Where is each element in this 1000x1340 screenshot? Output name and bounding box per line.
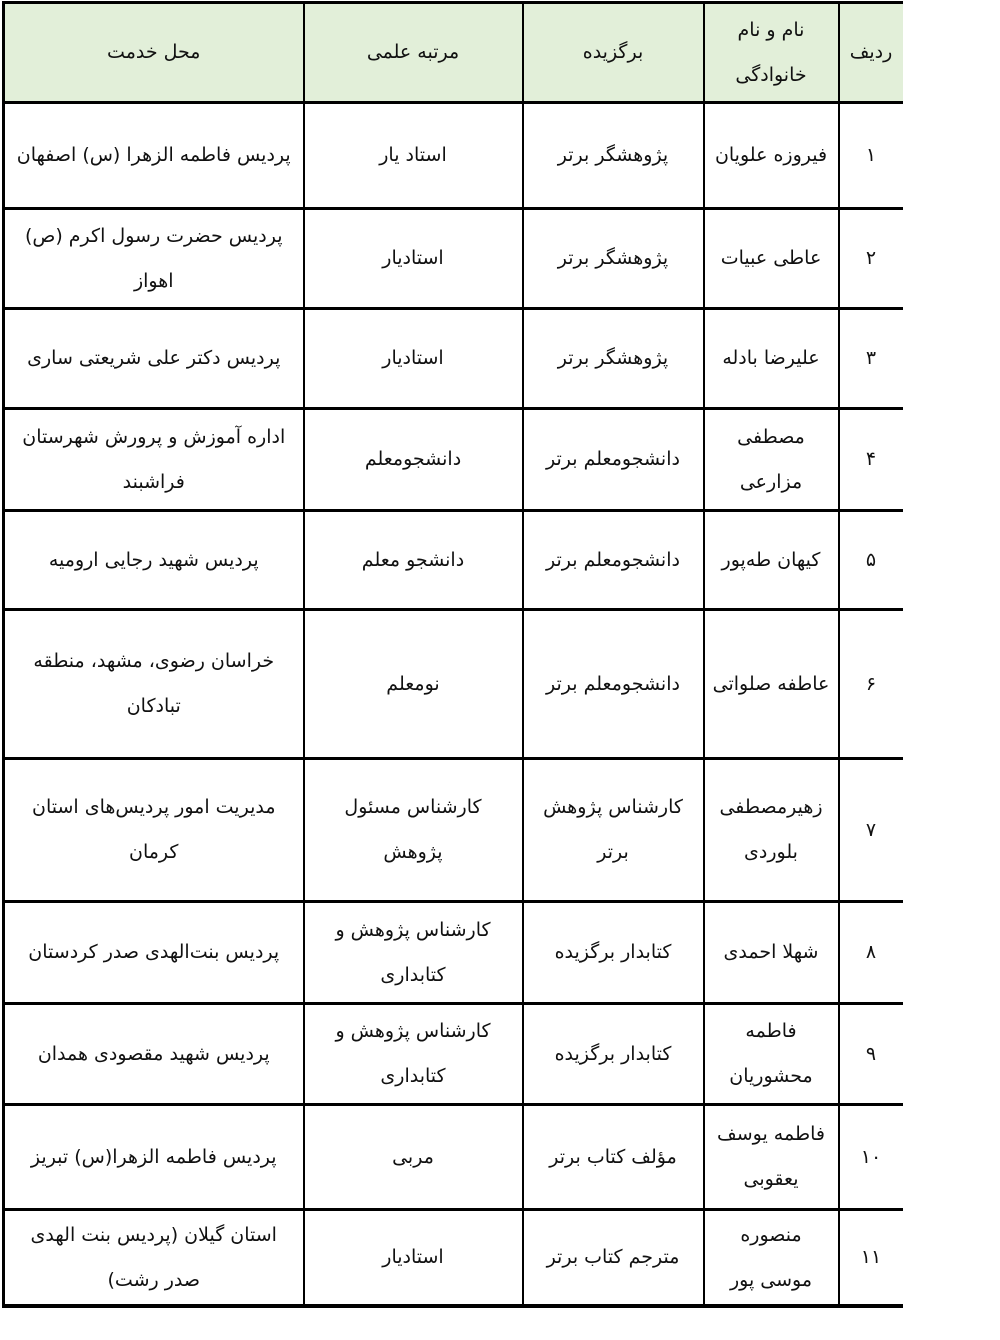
cell-name: مصطفی مزارعی [704,409,839,511]
cell-name: عاطی عبیات [704,209,839,309]
cell-workplace: پردیس حضرت رسول اکرم (ص) اهواز [4,209,304,309]
cell-radif: ۸ [839,902,903,1004]
table-row: ۷ زهیرمصطفی بلوردی کارشناس پژوهش برتر کا… [4,759,903,902]
table-row: ۶ عاطفه صلواتی دانشجومعلم برتر نومعلم خر… [4,610,903,759]
cell-selected: پژوهشگر برتر [523,103,704,209]
cell-radif: ۶ [839,610,903,759]
cell-selected: کتابدار برگزیده [523,902,704,1004]
cell-name: فاطمه یوسف یعقوبی [704,1105,839,1210]
cell-radif: ۴ [839,409,903,511]
cell-radif: ۳ [839,309,903,409]
cell-name: فاطمه محشوریان [704,1004,839,1105]
cell-name: فیروزه علویان [704,103,839,209]
cell-selected: کارشناس پژوهش برتر [523,759,704,902]
cell-selected: دانشجومعلم برتر [523,610,704,759]
cell-rank: استاد یار [304,103,523,209]
cell-workplace: پردیس دکتر علی شریعتی ساری [4,309,304,409]
table-row: ۳ علیرضا بادله پژوهشگر برتر استادیار پرد… [4,309,903,409]
table-row: ۱۰ فاطمه یوسف یعقوبی مؤلف کتاب برتر مربی… [4,1105,903,1210]
cell-name: زهیرمصطفی بلوردی [704,759,839,902]
cell-workplace: پردیس فاطمه الزهرا (س) اصفهان [4,103,304,209]
cell-name: شهلا احمدی [704,902,839,1004]
header-radif: ردیف [839,3,903,103]
cell-selected: پژوهشگر برتر [523,309,704,409]
cell-workplace: پردیس فاطمه الزهرا(س) تبریز [4,1105,304,1210]
cell-selected: مترجم کتاب برتر [523,1210,704,1307]
cell-workplace: استان گیلان (پردیس بنت الهدی صدر رشت) [4,1210,304,1307]
cell-radif: ۵ [839,511,903,610]
document-page: ردیف نام و نام خانوادگی برگزیده مرتبه عل… [0,0,1000,1340]
cell-radif: ۹ [839,1004,903,1105]
cell-rank: مربی [304,1105,523,1210]
cell-radif: ۱۱ [839,1210,903,1307]
cell-selected: دانشجومعلم برتر [523,511,704,610]
cell-radif: ۷ [839,759,903,902]
table-row: ۱ فیروزه علویان پژوهشگر برتر استاد یار پ… [4,103,903,209]
cell-rank: استادیار [304,1210,523,1307]
header-row: ردیف نام و نام خانوادگی برگزیده مرتبه عل… [4,3,903,103]
cell-workplace: پردیس شهید رجایی ارومیه [4,511,304,610]
cell-rank: نومعلم [304,610,523,759]
table-row: ۵ کیهان طه‌پور دانشجومعلم برتر دانشجو مع… [4,511,903,610]
header-workplace: محل خدمت [4,3,304,103]
header-selected: برگزیده [523,3,704,103]
awards-table: ردیف نام و نام خانوادگی برگزیده مرتبه عل… [2,1,903,1308]
cell-selected: مؤلف کتاب برتر [523,1105,704,1210]
cell-selected: کتابدار برگزیده [523,1004,704,1105]
table-row: ۹ فاطمه محشوریان کتابدار برگزیده کارشناس… [4,1004,903,1105]
cell-workplace: اداره آموزش و پرورش شهرستان فراشبند [4,409,304,511]
cell-rank: دانشجو معلم [304,511,523,610]
table-row: ۸ شهلا احمدی کتابدار برگزیده کارشناس پژو… [4,902,903,1004]
cell-workplace: پردیس شهید مقصودی همدان [4,1004,304,1105]
header-name: نام و نام خانوادگی [704,3,839,103]
cell-selected: دانشجومعلم برتر [523,409,704,511]
header-rank: مرتبه علمی [304,3,523,103]
cell-name: منصوره موسی پور [704,1210,839,1307]
cell-radif: ۱۰ [839,1105,903,1210]
cell-rank: دانشجومعلم [304,409,523,511]
cell-name: عاطفه صلواتی [704,610,839,759]
table-row: ۱۱ منصوره موسی پور مترجم کتاب برتر استاد… [4,1210,903,1307]
cell-rank: استادیار [304,309,523,409]
cell-rank: کارشناس مسئول پژوهش [304,759,523,902]
cell-workplace: پردیس بنت‌الهدی صدر کردستان [4,902,304,1004]
cell-name: کیهان طه‌پور [704,511,839,610]
cell-rank: کارشناس پژوهش و کتابداری [304,902,523,1004]
cell-radif: ۱ [839,103,903,209]
cell-rank: استادیار [304,209,523,309]
cell-workplace: مدیریت امور پردیس‌های استان کرمان [4,759,304,902]
cell-rank: کارشناس پژوهش و کتابداری [304,1004,523,1105]
table-row: ۴ مصطفی مزارعی دانشجومعلم برتر دانشجومعل… [4,409,903,511]
cell-name: علیرضا بادله [704,309,839,409]
cell-selected: پژوهشگر برتر [523,209,704,309]
cell-workplace: خراسان رضوی، مشهد، منطقه تبادکان [4,610,304,759]
cell-radif: ۲ [839,209,903,309]
table-row: ۲ عاطی عبیات پژوهشگر برتر استادیار پردیس… [4,209,903,309]
